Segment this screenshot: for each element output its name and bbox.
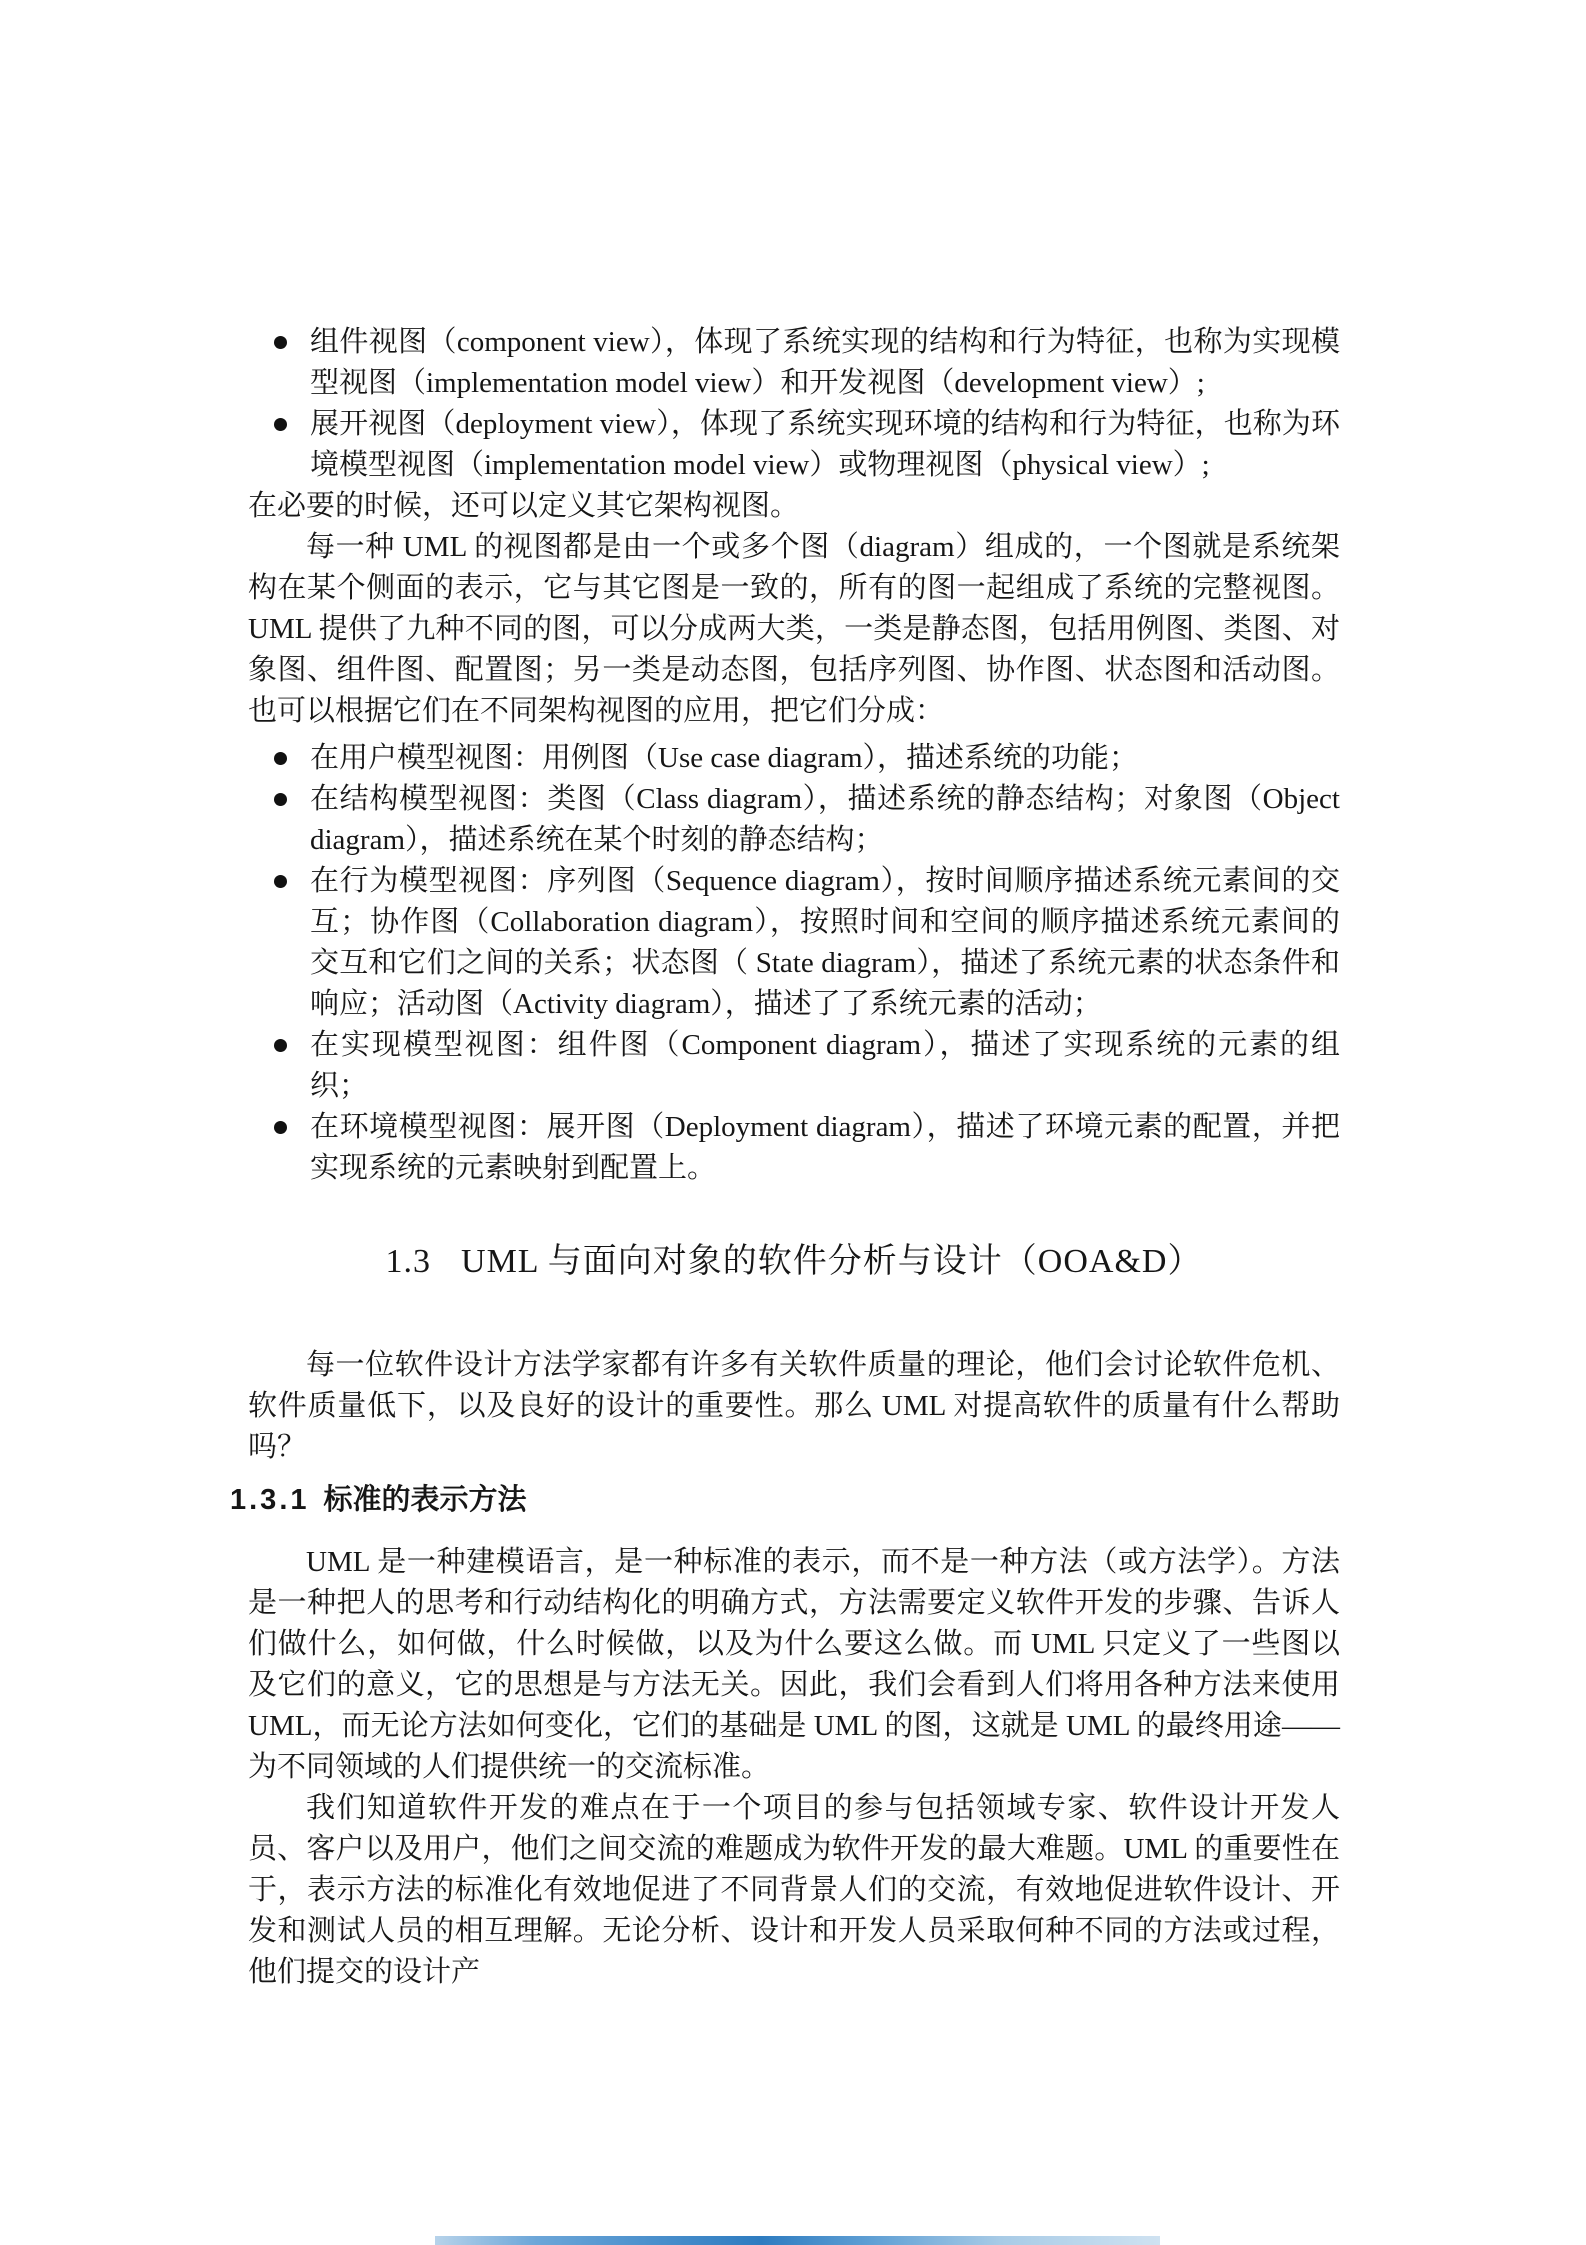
list-item: 在用户模型视图：用例图（Use case diagram），描述系统的功能；	[310, 738, 1340, 779]
section-heading: 1.3UML 与面向对象的软件分析与设计（OOA&D）	[248, 1237, 1340, 1287]
document-page: 组件视图（component view），体现了系统实现的结构和行为特征，也称为…	[0, 0, 1586, 2245]
para-other-views: 在必要的时候，还可以定义其它架构视图。	[248, 486, 1340, 527]
subsection-title: 标准的表示方法	[324, 1484, 527, 1516]
model-view-list: 在用户模型视图：用例图（Use case diagram），描述系统的功能； 在…	[248, 738, 1340, 1189]
section-number: 1.3	[386, 1243, 432, 1280]
list-item: 在行为模型视图：序列图（Sequence diagram），按时间顺序描述系统元…	[310, 861, 1340, 1025]
list-item: 在结构模型视图：类图（Class diagram），描述系统的静态结构；对象图（…	[310, 779, 1340, 861]
list-item: 在实现模型视图：组件图（Component diagram），描述了实现系统的元…	[310, 1025, 1340, 1107]
subsection-number: 1.3.1	[230, 1484, 310, 1516]
para-uml-diagrams: 每一种 UML 的视图都是由一个或多个图（diagram）组成的，一个图就是系统…	[248, 527, 1340, 732]
list-item: 组件视图（component view），体现了系统实现的结构和行为特征，也称为…	[310, 322, 1340, 404]
para-communication-standard: 我们知道软件开发的难点在于一个项目的参与包括领域专家、软件设计开发人员、客户以及…	[248, 1788, 1340, 1993]
architecture-view-list: 组件视图（component view），体现了系统实现的结构和行为特征，也称为…	[248, 322, 1340, 486]
subsection-heading: 1.3.1标准的表示方法	[230, 1480, 1340, 1520]
list-item: 在环境模型视图：展开图（Deployment diagram），描述了环境元素的…	[310, 1107, 1340, 1189]
list-item: 展开视图（deployment view），体现了系统实现环境的结构和行为特征，…	[310, 404, 1340, 486]
section-title: UML 与面向对象的软件分析与设计（OOA&D）	[461, 1243, 1202, 1280]
para-software-quality: 每一位软件设计方法学家都有许多有关软件质量的理论，他们会讨论软件危机、软件质量低…	[248, 1345, 1340, 1468]
bottom-blue-strip	[435, 2236, 1160, 2245]
page-content: 组件视图（component view），体现了系统实现的结构和行为特征，也称为…	[248, 322, 1340, 1993]
para-uml-modeling-language: UML 是一种建模语言，是一种标准的表示，而不是一种方法（或方法学）。方法是一种…	[248, 1542, 1340, 1788]
